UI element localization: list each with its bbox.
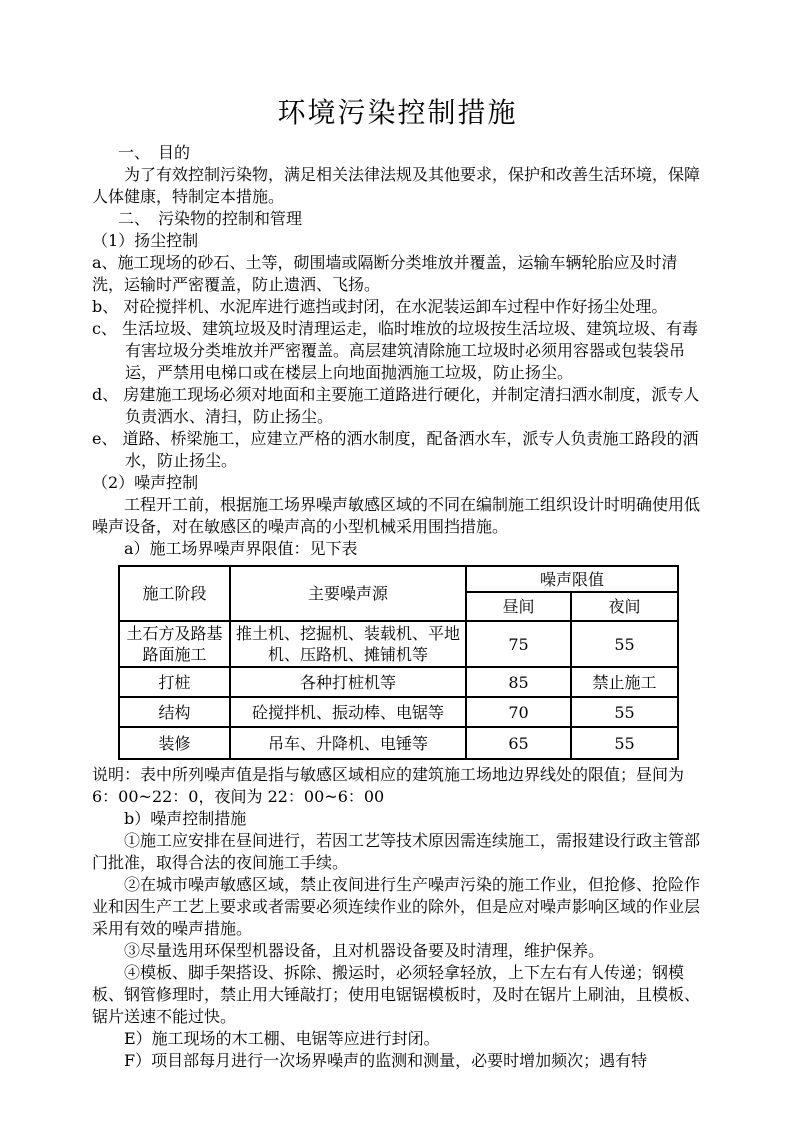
- cell-stage: 结构: [119, 697, 230, 727]
- cell-stage: 装修: [119, 727, 230, 759]
- list-item-d: d、 房建施工现场必须对地面和主要施工道路进行硬化，并制定清扫洒水制度，派专人负…: [92, 384, 703, 428]
- page-title: 环境污染控制措施: [92, 96, 703, 130]
- measure-item-F: F）项目部每月进行一次场界噪声的监测和测量，必要时增加频次；遇有特: [92, 1050, 703, 1072]
- cell-source: 吊车、升降机、电锤等: [230, 727, 466, 759]
- col-header-limit: 噪声限值: [466, 566, 678, 592]
- heading-dust-control: （1）扬尘控制: [92, 230, 703, 252]
- cell-source: 各种打桩机等: [230, 667, 466, 697]
- para-time-definition: 6：00~22：0，夜间为 22：00~6：00: [92, 786, 703, 808]
- heading-noise-control: （2）噪声控制: [92, 472, 703, 494]
- para-purpose-body: 为了有效控制污染物，满足相关法律法规及其他要求，保护和改善生活环境，保障人体健康…: [92, 164, 703, 208]
- table-header-row-1: 施工阶段 主要噪声源 噪声限值: [119, 566, 678, 592]
- table-row: 打桩 各种打桩机等 85 禁止施工: [119, 667, 678, 697]
- heading-pollutant-control: 二、 污染物的控制和管理: [92, 208, 703, 230]
- document-page: 环境污染控制措施 一、 目的 为了有效控制污染物，满足相关法律法规及其他要求，保…: [0, 0, 793, 1122]
- measure-item-3: ③尽量选用环保型机器设备，且对机器设备要及时清理，维护保养。: [92, 940, 703, 962]
- noise-limit-table: 施工阶段 主要噪声源 噪声限值 昼间 夜间 土石方及路基路面施工 推土机、挖掘机…: [118, 565, 679, 760]
- table-row: 结构 砼搅拌机、振动棒、电锯等 70 55: [119, 697, 678, 727]
- cell-night: 55: [571, 621, 678, 667]
- cell-day: 85: [466, 667, 571, 697]
- list-item-e: e、 道路、桥梁施工，应建立严格的洒水制度，配备洒水车，派专人负责施工路段的洒水…: [92, 428, 703, 472]
- cell-day: 70: [466, 697, 571, 727]
- measure-item-1: ①施工应安排在昼间进行，若因工艺等技术原因需连续施工，需报建设行政主管部门批准，…: [92, 830, 703, 874]
- cell-night: 禁止施工: [571, 667, 678, 697]
- cell-day: 75: [466, 621, 571, 667]
- heading-noise-measures: b）噪声控制措施: [92, 808, 703, 830]
- cell-night: 55: [571, 727, 678, 759]
- list-item-b: b、 对砼搅拌机、水泥库进行遮挡或封闭，在水泥装运卸车过程中作好扬尘处理。: [92, 296, 703, 318]
- para-table-caption: a）施工场界噪声界限值：见下表: [92, 538, 703, 560]
- col-header-night: 夜间: [571, 592, 678, 621]
- cell-stage: 打桩: [119, 667, 230, 697]
- cell-source: 砼搅拌机、振动棒、电锯等: [230, 697, 466, 727]
- cell-source: 推土机、挖掘机、装载机、平地机、压路机、摊铺机等: [230, 621, 466, 667]
- col-header-source: 主要噪声源: [230, 566, 466, 621]
- list-item-a: a、施工现场的砂石、土等，砌围墙或隔断分类堆放并覆盖，运输车辆轮胎应及时清洗，运…: [92, 252, 703, 296]
- cell-night: 55: [571, 697, 678, 727]
- measure-item-E: E）施工现场的木工棚、电锯等应进行封闭。: [92, 1028, 703, 1050]
- table-row: 土石方及路基路面施工 推土机、挖掘机、装载机、平地机、压路机、摊铺机等 75 5…: [119, 621, 678, 667]
- col-header-day: 昼间: [466, 592, 571, 621]
- col-header-stage: 施工阶段: [119, 566, 230, 621]
- para-noise-intro: 工程开工前，根据施工场界噪声敏感区域的不同在编制施工组织设计时明确使用低噪声设备…: [92, 494, 703, 538]
- cell-day: 65: [466, 727, 571, 759]
- document-content: 环境污染控制措施 一、 目的 为了有效控制污染物，满足相关法律法规及其他要求，保…: [0, 0, 793, 1072]
- measure-item-2: ②在城市噪声敏感区域，禁止夜间进行生产噪声污染的施工作业，但抢修、抢险作业和因生…: [92, 874, 703, 940]
- para-table-note: 说明：表中所列噪声值是指与敏感区域相应的建筑施工场地边界线处的限值；昼间为: [92, 764, 703, 786]
- list-item-c: c、 生活垃圾、建筑垃圾及时清理运走，临时堆放的垃圾按生活垃圾、建筑垃圾、有毒有…: [92, 318, 703, 384]
- table-row: 装修 吊车、升降机、电锤等 65 55: [119, 727, 678, 759]
- measure-item-4: ④模板、脚手架搭设、拆除、搬运时，必须轻拿轻放，上下左右有人传递；钢模板、钢管修…: [92, 962, 703, 1028]
- heading-purpose: 一、 目的: [92, 142, 703, 164]
- cell-stage: 土石方及路基路面施工: [119, 621, 230, 667]
